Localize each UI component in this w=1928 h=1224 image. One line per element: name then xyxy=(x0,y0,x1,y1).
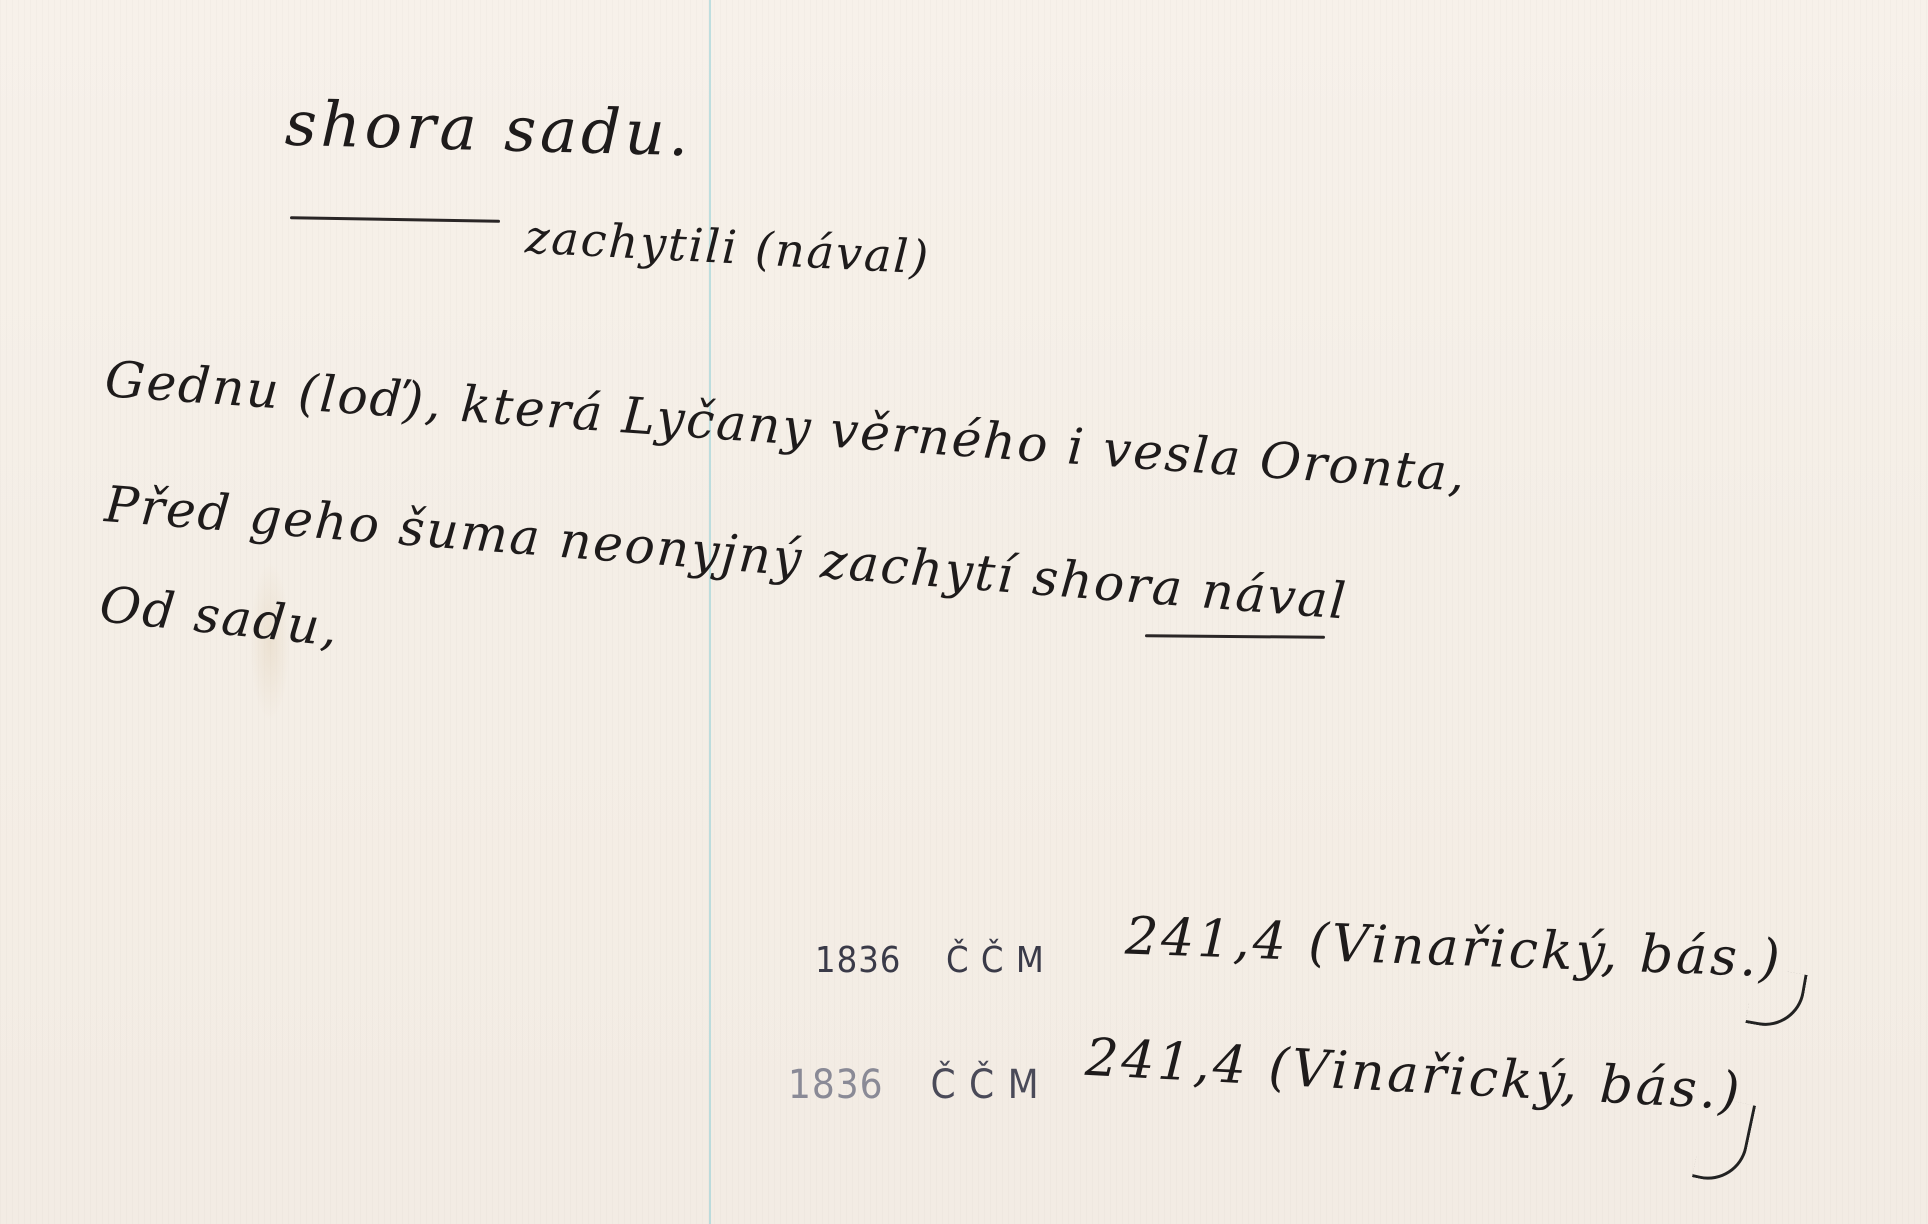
citation-stamp-2: 1836 Č Č M xyxy=(788,1062,1040,1108)
citation-stamp-1: 1836 Č Č M xyxy=(815,940,1045,981)
stamp-year: 1836 xyxy=(788,1062,884,1108)
stamp-year: 1836 xyxy=(815,940,901,981)
headword: shora sadu. xyxy=(284,87,693,171)
stamp-source: Č Č M xyxy=(946,940,1045,981)
stamp-source: Č Č M xyxy=(930,1062,1039,1108)
margin-rule xyxy=(709,0,711,1224)
